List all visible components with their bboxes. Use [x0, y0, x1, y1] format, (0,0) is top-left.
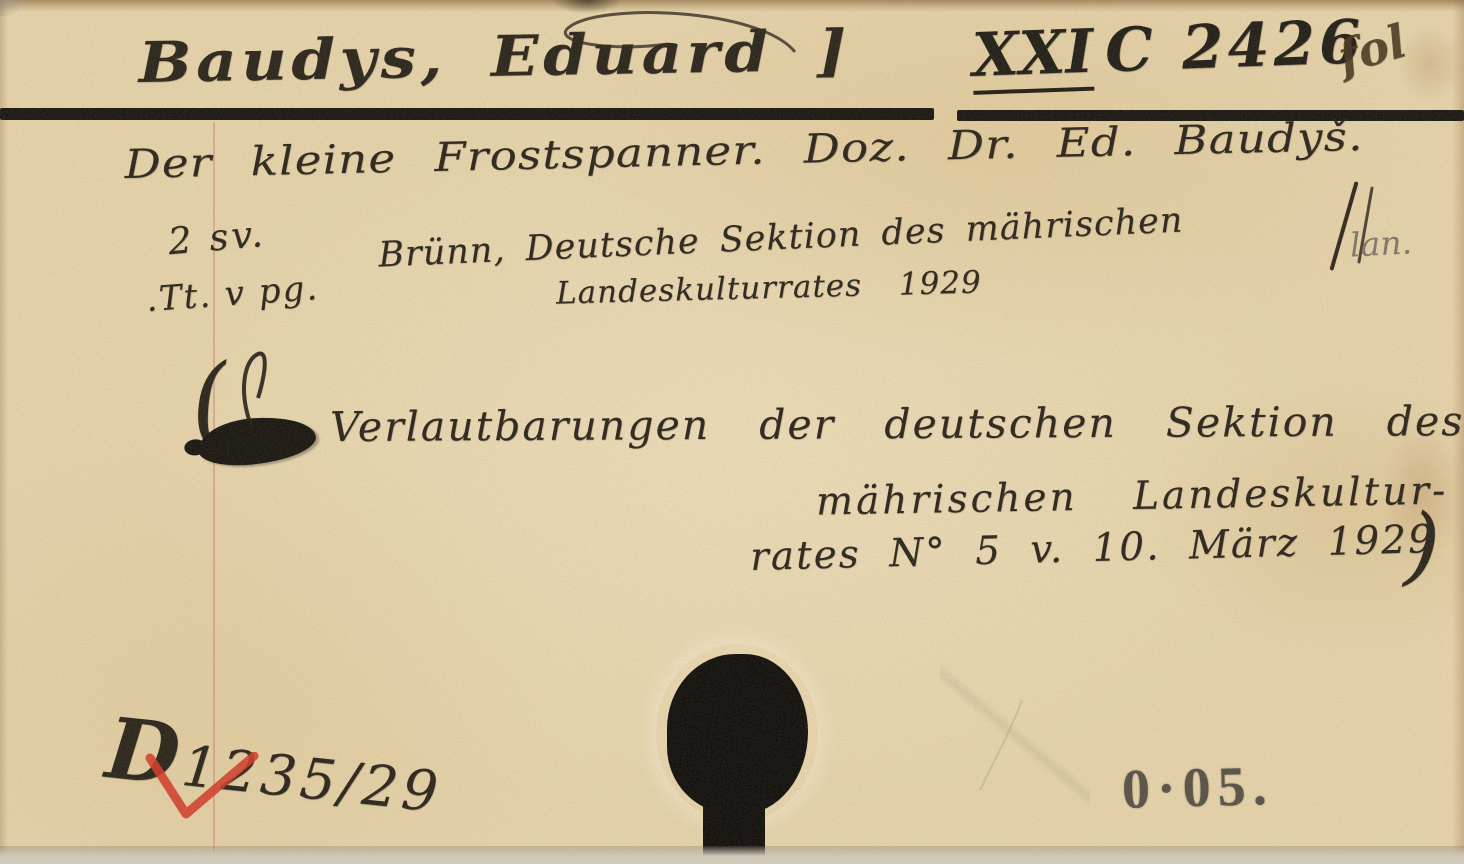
- series-line3: rates N° 5 v. 10. März 1929: [750, 517, 1436, 580]
- top-left-corner-wear: [0, 0, 26, 16]
- card-left-edge: [0, 0, 8, 864]
- printed-rule-left: [0, 108, 934, 120]
- top-edge-smudge: [552, 0, 622, 14]
- accession-prefix: D: [102, 698, 185, 804]
- imprint-line1: Brünn, Deutsche Sektion des mährischen: [378, 200, 1185, 275]
- call-number-shelf: C 2426: [1104, 7, 1366, 86]
- paper-crease: [940, 660, 1090, 810]
- author-heading: Baudys, Eduard ]: [138, 18, 851, 96]
- price-stamp: 0·05.: [1121, 754, 1274, 822]
- margin-note-pencil: lan.: [1349, 222, 1413, 264]
- hole-punch-slot: [703, 778, 765, 864]
- series-line2: mährischen Landeskultur-: [816, 468, 1449, 524]
- collation-pagination: .Tt. v pg.: [145, 268, 320, 320]
- accession-value: 1235/29: [179, 734, 445, 826]
- card-top-edge: [0, 0, 1464, 12]
- series-line1: Verlautbarungen der deutschen Sektion de…: [330, 397, 1464, 451]
- catalog-card-scan: Baudys, Eduard ] XXIC 2426 fol Der klein…: [0, 0, 1464, 864]
- collation-volumes: 2 sv.: [166, 212, 267, 263]
- title-statement: Der kleine Frostspanner. Doz. Dr. Ed. Ba…: [124, 114, 1364, 188]
- series-close-paren: ): [1403, 495, 1443, 597]
- call-number: XXIC 2426: [971, 7, 1366, 91]
- call-number-class: XXI: [971, 17, 1095, 95]
- imprint-line2: Landeskulturrates 1929: [556, 264, 983, 311]
- accession-number: D1235/29: [102, 698, 448, 832]
